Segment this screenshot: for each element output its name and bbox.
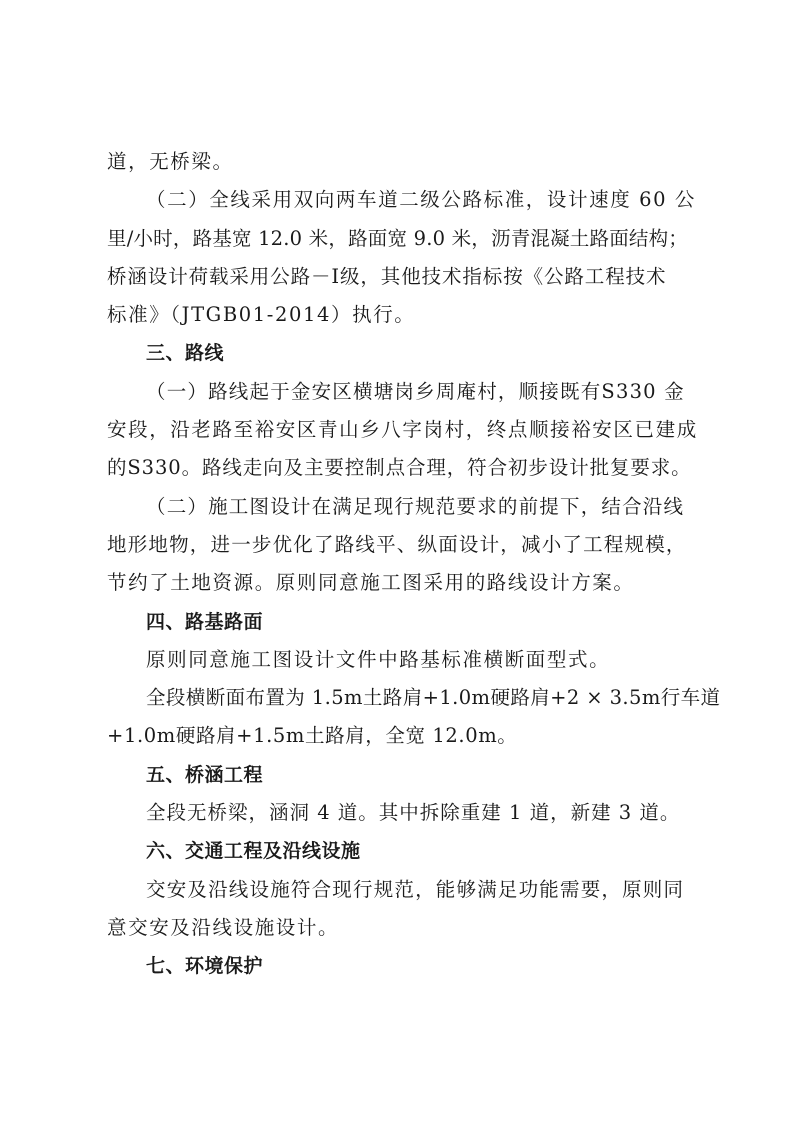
text-line: 安段，沿老路至裕安区青山乡八字岗村，终点顺接裕安区已建成 <box>107 411 693 449</box>
text-line: 全段无桥梁，涵洞 4 道。其中拆除重建 1 道，新建 3 道。 <box>107 794 693 832</box>
text-line: 地形地物，进一步优化了路线平、纵面设计，减小了工程规模， <box>107 526 693 564</box>
section-heading-route: 三、路线 <box>107 334 693 372</box>
text-line: （二）施工图设计在满足现行规范要求的前提下，结合沿线 <box>107 488 693 526</box>
text-line: 道，无桥梁。 <box>107 143 693 181</box>
text-line: 意交安及沿线设施设计。 <box>107 909 693 947</box>
text-line: （二）全线采用双向两车道二级公路标准，设计速度 60 公 <box>107 181 693 219</box>
paragraph-bridges-culverts: 全段无桥梁，涵洞 4 道。其中拆除重建 1 道，新建 3 道。 <box>107 794 693 832</box>
document-page: 道，无桥梁。 （二）全线采用双向两车道二级公路标准，设计速度 60 公 里/小时… <box>107 143 693 986</box>
text-line: 的S330。路线走向及主要控制点合理，符合初步设计批复要求。 <box>107 449 693 487</box>
paragraph-route-2: （二）施工图设计在满足现行规范要求的前提下，结合沿线 地形地物，进一步优化了路线… <box>107 488 693 603</box>
text-line: +1.0m硬路肩+1.5m土路肩，全宽 12.0m。 <box>107 717 693 755</box>
paragraph-continuation: 道，无桥梁。 <box>107 143 693 181</box>
text-line: 里/小时，路基宽 12.0 米，路面宽 9.0 米，沥青混凝土路面结构； <box>107 220 693 258</box>
text-line: 桥涵设计荷载采用公路－Ⅰ级，其他技术指标按《公路工程技术 <box>107 258 693 296</box>
text-line: （一）路线起于金安区横塘岗乡周庵村，顺接既有S330 金 <box>107 373 693 411</box>
text-line: 原则同意施工图设计文件中路基标准横断面型式。 <box>107 641 693 679</box>
section-heading-subgrade-pavement: 四、路基路面 <box>107 603 693 641</box>
text-line: 交安及沿线设施符合现行规范，能够满足功能需要，原则同 <box>107 871 693 909</box>
text-line: 节约了土地资源。原则同意施工图采用的路线设计方案。 <box>107 564 693 602</box>
paragraph-route-1: （一）路线起于金安区横塘岗乡周庵村，顺接既有S330 金 安段，沿老路至裕安区青… <box>107 373 693 488</box>
paragraph-subgrade-1: 原则同意施工图设计文件中路基标准横断面型式。 <box>107 641 693 679</box>
section-heading-bridges-culverts: 五、桥涵工程 <box>107 756 693 794</box>
text-line: 标准》（JTGB01-2014）执行。 <box>107 296 693 334</box>
paragraph-traffic-facilities: 交安及沿线设施符合现行规范，能够满足功能需要，原则同 意交安及沿线设施设计。 <box>107 871 693 948</box>
paragraph-subgrade-2: 全段横断面布置为 1.5m土路肩+1.0m硬路肩+2 × 3.5m行车道 +1.… <box>107 679 693 756</box>
section-heading-environment: 七、环境保护 <box>107 947 693 985</box>
paragraph-design-standard: （二）全线采用双向两车道二级公路标准，设计速度 60 公 里/小时，路基宽 12… <box>107 181 693 334</box>
text-line: 全段横断面布置为 1.5m土路肩+1.0m硬路肩+2 × 3.5m行车道 <box>107 679 693 717</box>
section-heading-traffic-facilities: 六、交通工程及沿线设施 <box>107 832 693 870</box>
